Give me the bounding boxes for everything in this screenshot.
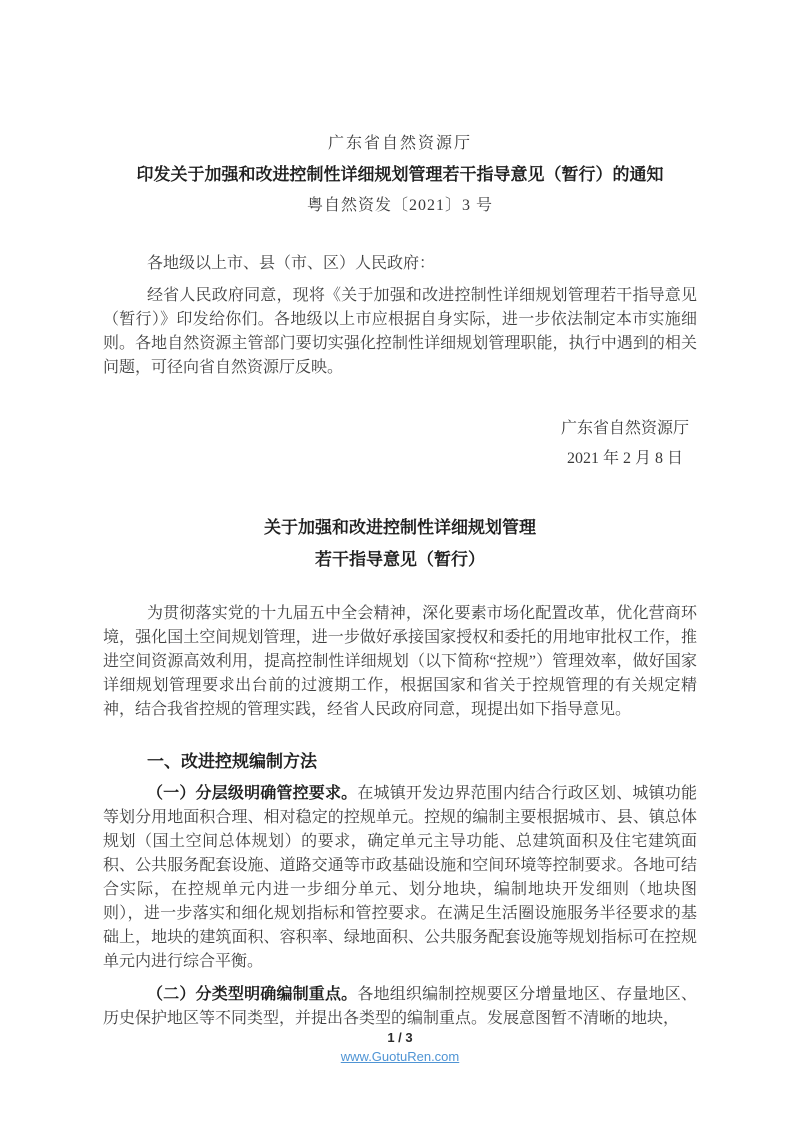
issuing-org-name: 广东省自然资源厅 bbox=[103, 132, 697, 156]
notice-title: 印发关于加强和改进控制性详细规划管理若干指导意见（暂行）的通知 bbox=[103, 163, 697, 187]
intro-paragraph: 为贯彻落实党的十九届五中全会精神，深化要素市场化配置改革，优化营商环境，强化国土… bbox=[103, 602, 697, 722]
section-1-item-1: （一）分层级明确管控要求。在城镇开发边界范围内结合行政区划、城镇功能等划分用地面… bbox=[103, 782, 697, 974]
document-title-line1: 关于加强和改进控制性详细规划管理 bbox=[103, 512, 697, 544]
signature-date: 2021 年 2 月 8 日 bbox=[561, 444, 689, 474]
salutation: 各地级以上市、县（市、区）人民政府： bbox=[103, 252, 697, 276]
notice-paragraph: 经省人民政府同意，现将《关于加强和改进控制性详细规划管理若干指导意见（暂行）》印… bbox=[103, 284, 697, 380]
document-header: 广东省自然资源厅 印发关于加强和改进控制性详细规划管理若干指导意见（暂行）的通知… bbox=[103, 132, 697, 218]
document-page: 广东省自然资源厅 印发关于加强和改进控制性详细规划管理若干指导意见（暂行）的通知… bbox=[0, 0, 800, 1132]
footer-link[interactable]: www.GuotuRen.com bbox=[341, 1048, 460, 1065]
signature-block: 广东省自然资源厅 2021 年 2 月 8 日 bbox=[561, 414, 689, 474]
signature-org: 广东省自然资源厅 bbox=[561, 414, 689, 444]
page-footer: 1 / 3 www.GuotuRen.com bbox=[0, 1030, 800, 1066]
item-1-text: 在城镇开发边界范围内结合行政区划、城镇功能等划分用地面积合理、相对稳定的控规单元… bbox=[103, 785, 697, 970]
item-2-lead: （二）分类型明确编制重点。 bbox=[147, 986, 357, 1003]
section-1-item-2: （二）分类型明确编制重点。各地组织编制控规要区分增量地区、存量地区、历史保护地区… bbox=[103, 983, 697, 1031]
document-title-line2: 若干指导意见（暂行） bbox=[103, 544, 697, 576]
page-indicator: 1 / 3 bbox=[0, 1030, 800, 1046]
document-number: 粤自然资发〔2021〕3 号 bbox=[103, 194, 697, 218]
section-1-heading: 一、改进控规编制方法 bbox=[103, 750, 697, 774]
document-content: 广东省自然资源厅 印发关于加强和改进控制性详细规划管理若干指导意见（暂行）的通知… bbox=[0, 0, 800, 1031]
item-1-lead: （一）分层级明确管控要求。 bbox=[147, 785, 357, 802]
document-title: 关于加强和改进控制性详细规划管理 若干指导意见（暂行） bbox=[103, 512, 697, 576]
